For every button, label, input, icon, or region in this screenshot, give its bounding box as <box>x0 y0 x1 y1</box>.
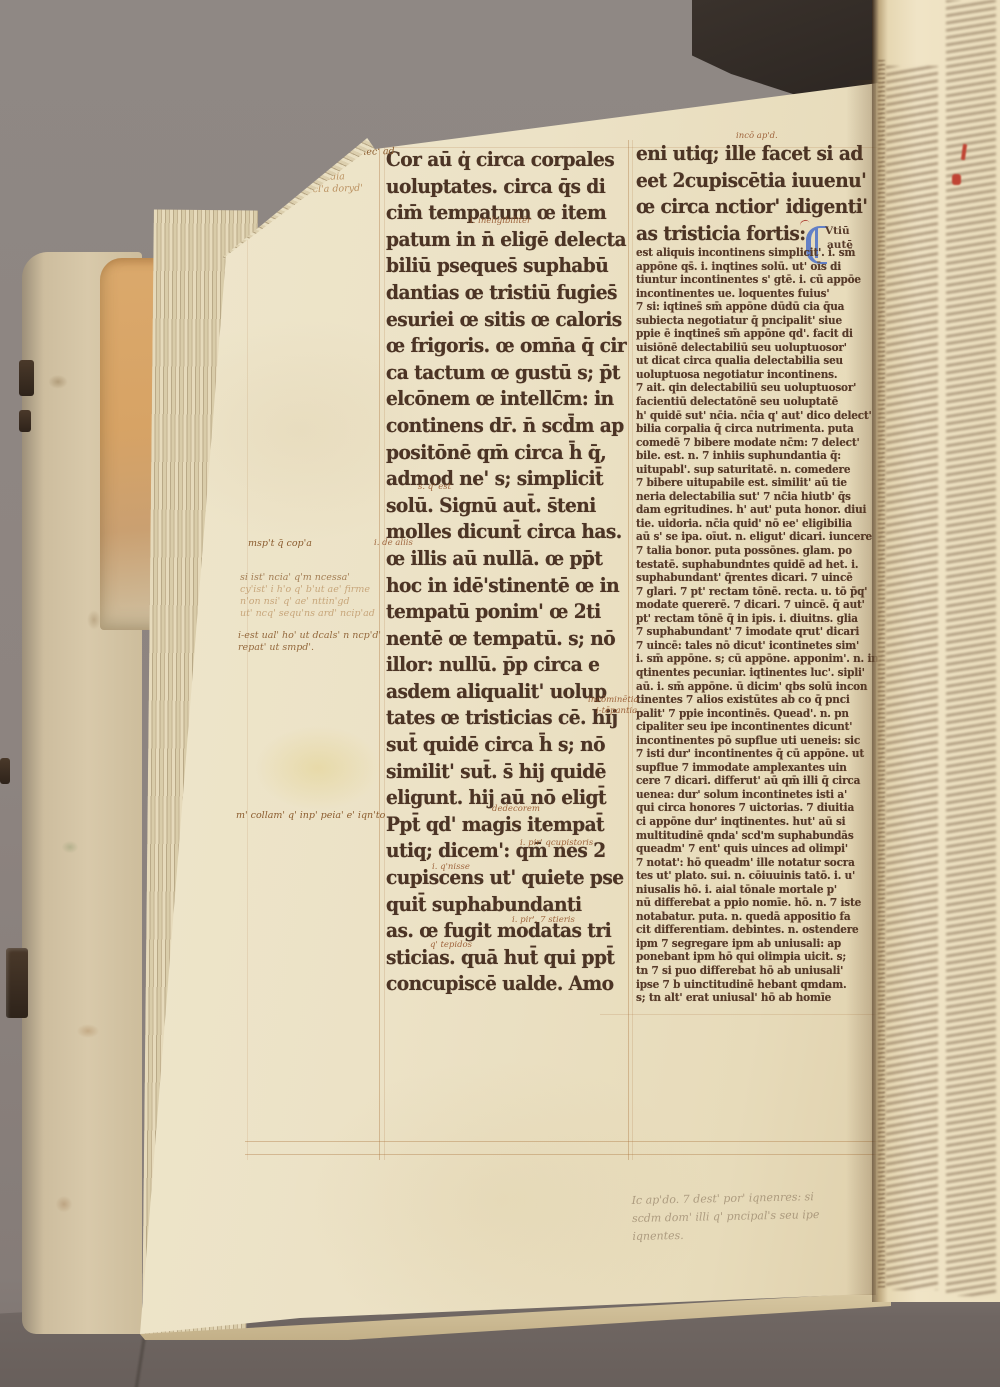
text-line: uitupabl'. sup saturitatē. n. comedere <box>636 463 879 477</box>
manuscript-photo-scene: Cor aū q̇ circa corpalesuoluptates. circ… <box>0 0 1000 1387</box>
clasp-remnant-icon <box>6 948 28 1018</box>
text-line: qui circa honores 7 uictorias. 7 diuitia <box>636 801 879 815</box>
text-line: dantias œ tristiū fugies̄ <box>386 279 626 306</box>
text-line: continens dr̄. n̄ scd̄m ap <box>386 412 626 439</box>
text-line: tn 7 si puo differebat hō ab uniusali' <box>636 964 879 978</box>
text-line: cere 7 dicari. differut' aū qm̄ illi q̄ … <box>636 774 879 788</box>
text-line: solū. Signū aut̄. s̄teni <box>386 492 626 519</box>
text-line: testatē. suphabundntes quidē ad het. i. <box>636 558 879 572</box>
blurred-text-column <box>946 0 996 1296</box>
text-line: cy'ist' i h'o q' b'ut ae' firme <box>240 584 375 596</box>
rubric-mark-icon <box>952 174 961 185</box>
text-line: cupiscens ut' quiete pse <box>386 864 626 891</box>
margin-note-label: msp't q̄ cop'a <box>248 538 312 550</box>
text-line: cipaliter seu ipe incontinentes dicunt' <box>636 720 879 734</box>
text-line: comedē 7 bibere modate nc̄m: 7 delect' <box>636 436 879 450</box>
text-line: ipm 7 segregare ipm ab uniusali: ap <box>636 937 879 951</box>
text-line: œ circa nctior' idigenti' <box>636 193 867 220</box>
text-line: repat' ut smpd'. <box>238 642 381 654</box>
text-line: incontinentes pō supflue uti ueneis: sic <box>636 734 879 748</box>
interlinear-note: i. pir' qcupistoris <box>520 838 593 848</box>
text-line: queadm' 7 ent' quis uinces ad olimpi' <box>636 842 879 856</box>
text-line: ut' ncq' sequ'ns ard' ncip'ad <box>240 608 375 620</box>
interlinear-note: q' tepidos <box>430 940 472 950</box>
text-line: hoc in idē'stinentē œ in <box>386 572 626 599</box>
text-line: sticias. quā hut̄ qui ppt̄ <box>386 944 626 971</box>
text-line: uoluptates. circa q̄s di <box>386 173 626 200</box>
interlinear-note: incō ap'd. <box>736 131 778 141</box>
text-line: est aliquis incontinens simplicit'. i. s… <box>636 246 879 260</box>
text-line: i. sm̄ appōne. s; cū appōne. apponim'. n… <box>636 652 879 666</box>
interlinear-note: s. q' est <box>418 482 451 492</box>
text-line: eni utiq; ille facet si ad <box>636 140 867 167</box>
text-line: bile. est. n. 7 inhiis suphundantia q̄: <box>636 449 879 463</box>
text-line: ci appōne dur' inqtinentes. hut' aū si <box>636 815 879 829</box>
text-line: si ist' ncia' q'm ncessa' <box>240 572 375 584</box>
text-line: palit' 7 ppie incontinēs. Quead'. n. pn <box>636 707 879 721</box>
text-line: 7 isti dur' incontinentes q̄ cū appōne. … <box>636 747 879 761</box>
text-line: ca tactum œ gustū s; p̄t <box>386 359 626 386</box>
text-line: patum in n̄ eligē delecta <box>386 226 626 253</box>
text-line: 7 suphabundant' 7 imodate qrut' dicari <box>636 625 879 639</box>
text-line: ppie ē inqtines̄ sm̄ appōne qd'. facit d… <box>636 327 879 341</box>
text-line: pt' rectam tōnē q̄ in ipis. i. diuitns. … <box>636 612 879 626</box>
text-line: 7 talia bonor. puta possōnes. glam. po <box>636 544 879 558</box>
interlinear-note: i. pir'. 7 stieris <box>512 915 575 925</box>
ruling-line <box>632 140 633 1160</box>
interlinear-note: i. q'nisse <box>432 862 470 872</box>
text-line: sut̄ quidē circa h̄ s; nō <box>386 731 626 758</box>
margin-note-text: m' collam' q' inp' peia' e' iqn'to <box>236 810 385 822</box>
interlinear-note: incōminētia <box>588 695 639 705</box>
text-line: positōnē qm̄ circa h̄ q̄, <box>386 439 626 466</box>
text-line: tes ut' plato. sui. n. cōiuuinis tatō. i… <box>636 869 879 883</box>
text-line: quit̄ suphabundanti <box>386 891 626 918</box>
margin-note-middle: si ist' ncia' q'm ncessa'cy'ist' i h'o q… <box>240 572 375 620</box>
blurred-text-column <box>886 66 938 1290</box>
text-line: appōne qs̄. i. inqtines solū. ut' oīs di <box>636 260 879 274</box>
text-line: i-est ual' ho' ut dcals' n ncp'd' <box>238 630 381 642</box>
text-line: nentē œ tempatū. s; nō <box>386 625 626 652</box>
text-line: molles dicunt̄ circa has. <box>386 518 626 545</box>
text-line: h' quidē sut' nc̄ia. nc̄ia q' aut' dico … <box>636 409 879 423</box>
text-column-right-commentary: est aliquis incontinens simplicit'. i. s… <box>636 246 879 1005</box>
text-line: elcōnem œ intellc̄m: in <box>386 385 626 412</box>
interlinear-note: i-tēpantia <box>596 706 637 716</box>
text-line: incontinentes ue. loquentes fuius' <box>636 287 879 301</box>
text-line: niusalis hō. i. aial tōnale mortale p' <box>636 883 879 897</box>
interlinear-note: i. de aliis <box>374 538 413 548</box>
text-line: ipse 7 b uinctitudinē hebant qmdam. <box>636 978 879 992</box>
text-line: eet 2cupiscētia iuuenu' <box>636 167 867 194</box>
text-line: esuriei œ sitis œ caloris <box>386 306 626 333</box>
text-line: neria delectabilia sut' 7 nc̄ia hiutb' q… <box>636 490 879 504</box>
text-line: tie. uidoria. nc̄ia quid' nō ee' eligibi… <box>636 517 879 531</box>
text-line: multitudinē qnda' scd'm suphabundās <box>636 829 879 843</box>
text-line: 7 glari. 7 pt' rectam tōnē. recta. u. tō… <box>636 585 879 599</box>
margin-note-text: msp't q̄ cop'a <box>248 538 312 550</box>
text-line: bilia corpalia q̄ circa nutrimenta. puta <box>636 422 879 436</box>
clasp-remnant-icon <box>0 758 10 784</box>
text-line: facientiū delectatōnē seu uoluptatē <box>636 395 879 409</box>
text-line: n'on nsi' q' ae' nttin'gd <box>240 596 375 608</box>
text-line: ponebant ipm hō qui olimpia uicit. s; <box>636 950 879 964</box>
text-line: tempatū ponim' œ 2ti <box>386 598 626 625</box>
margin-note-low: m' collam' q' inp' peia' e' iqn'to <box>236 810 385 822</box>
text-line: biliū pseques̄ suphabū <box>386 252 626 279</box>
text-line: iqnentes. <box>632 1224 820 1246</box>
text-line: tates œ tristicias cē. hij <box>386 704 626 731</box>
ruling-line <box>600 1014 880 1015</box>
text-line: 7 bibere uitupabile est. similit' aū tie <box>636 476 879 490</box>
text-column-left: Cor aū q̇ circa corpalesuoluptates. circ… <box>386 146 626 997</box>
clasp-remnant-icon <box>19 360 34 396</box>
text-line: notabatur. puta. n. quedā appositio fa <box>636 910 879 924</box>
text-line: 7 ait. qin delectabiliū seu uoluptuosor' <box>636 381 879 395</box>
text-line: s; tn alt' erat uniusal' hō ab homīe <box>636 991 879 1005</box>
text-line: uenea: dur' solum incontinetes isti a' <box>636 788 879 802</box>
text-line: ut dicat circa qualia delectabilia seu <box>636 354 879 368</box>
text-line: cit differentiam. debintes. n. ostendere <box>636 923 879 937</box>
text-line: tinentes 7 alios existūtes ab co q̄ pnci <box>636 693 879 707</box>
text-line: dam egritudines. h' aut' puta honor. diu… <box>636 503 879 517</box>
text-line: qtinentes pecuniar. iqtinentes luc'. sip… <box>636 666 879 680</box>
text-line: tiuntur incontinentes s' gtē. i. cū appō… <box>636 273 879 287</box>
blurred-text-column <box>878 60 885 1290</box>
text-line: modate quererē. 7 dicari. 7 uincē. q̄ au… <box>636 598 879 612</box>
text-line: uisiōnē delectabiliū seu uoluptuosor' <box>636 341 879 355</box>
text-line: 7 si: iqtines̄ sm̄ appōne dūdū cia q̄ua <box>636 300 879 314</box>
ruling-line <box>628 140 629 1160</box>
text-line: nū differebat a ppio nomīe. hō. n. 7 ist… <box>636 896 879 910</box>
ruling-line <box>245 1154 882 1155</box>
text-line: 7 uincē: tales nō dicut' icontinetes sim… <box>636 639 879 653</box>
text-line: aū. i. sm̄ appōne. ū dicim' qbs solū inc… <box>636 680 879 694</box>
ruling-line <box>245 1141 882 1142</box>
text-line: Cor aū q̇ circa corpales <box>386 146 626 173</box>
text-line: supflue 7 immodate amplexantes uin <box>636 761 879 775</box>
right-page <box>872 0 1000 1302</box>
bottom-annotation: Ic ap'do. 7 dest' por' iqnenres: siscdm … <box>631 1188 820 1246</box>
text-line: Ppt̄ qd' magis itempat̄ <box>386 811 626 838</box>
text-line: as. œ fugit modatas tri <box>386 917 626 944</box>
text-line: suphabundant' q̄rentes dicari. 7 uincē <box>636 571 879 585</box>
text-line: concupiscē ualde. Amo <box>386 970 626 997</box>
ruling-line <box>384 140 385 1160</box>
text-line: œ illis aū nullā. œ pp̄t <box>386 545 626 572</box>
margin-note-lower: i-est ual' ho' ut dcals' n ncp'd'repat' … <box>238 630 381 654</box>
text-line: illor: nullū. p̄p circa e <box>386 651 626 678</box>
text-line: uoluptuosa negotiatur incontinens. <box>636 368 879 382</box>
text-line: 7 notat': hō queadm' ille notatur socra <box>636 856 879 870</box>
text-line: subiecta negotiatur q̄ pncipalit' siue <box>636 314 879 328</box>
margin-note-top: J ond' qm' ips' siqunt' le' nec' aduolt'… <box>239 146 395 198</box>
clasp-remnant-icon <box>19 410 31 432</box>
text-line: similit' sut̄. s̄ hij quidē <box>386 758 626 785</box>
text-line: œ frigoris. œ omn̄a q̄ cir <box>386 332 626 359</box>
interlinear-note: dedecorem <box>492 804 540 814</box>
text-line: aū s' se ipa. oīut. n. eligut' dicari. i… <box>636 530 879 544</box>
interlinear-note: i. ineligibilitēr <box>470 216 531 226</box>
